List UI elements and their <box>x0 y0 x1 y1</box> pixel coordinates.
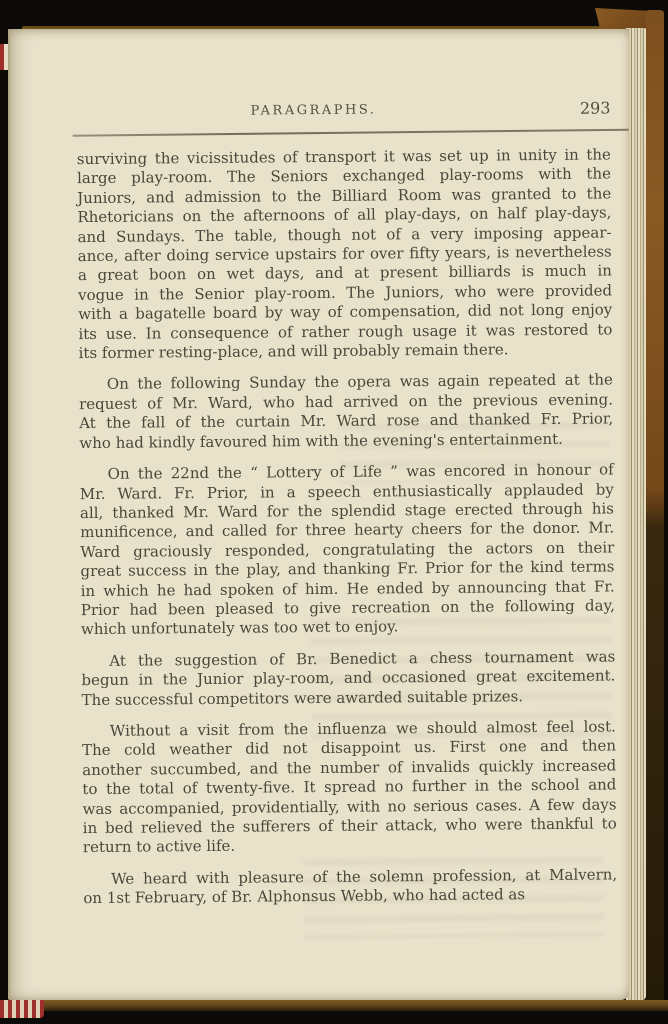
text-block: surviving the vicissitudes of transport … <box>77 145 618 920</box>
book-cover-right <box>646 10 664 1006</box>
text-line: who had kindly favoured him with the eve… <box>79 429 613 453</box>
paragraph: On the 22nd the “ Lottery of Life ” was … <box>80 461 616 640</box>
page-title: PARAGRAPHS. <box>76 101 550 120</box>
text-line: which unfortunately was too wet to enjoy… <box>81 616 615 640</box>
book-bottom-binding-edge <box>40 1000 668 1011</box>
text-line: The successful competitors were awarded … <box>82 686 616 710</box>
header-rule <box>73 129 629 137</box>
page-number: 293 <box>580 98 611 117</box>
text-line: its former resting-place, and will proba… <box>79 339 613 363</box>
text-line: on 1st February, of Br. Alphonsus Webb, … <box>83 885 617 909</box>
running-head: PARAGRAPHS. 293 <box>76 100 610 131</box>
page-content: PARAGRAPHS. 293 surviving the vicissitud… <box>6 26 633 1002</box>
paragraph: surviving the vicissitudes of transport … <box>77 145 613 363</box>
book-headband-bottom <box>0 1000 44 1018</box>
text-line: return to active life. <box>83 834 617 858</box>
paragraph: On the following Sunday the opera was ag… <box>79 371 614 453</box>
book-page: PARAGRAPHS. 293 surviving the vicissitud… <box>8 29 629 1000</box>
paragraph: Without a visit from the influenza we sh… <box>82 717 617 857</box>
paragraph: We heard with pleasure of the solemn pro… <box>83 865 617 908</box>
paragraph: At the suggestion of Br. Benedict a ches… <box>81 647 615 710</box>
